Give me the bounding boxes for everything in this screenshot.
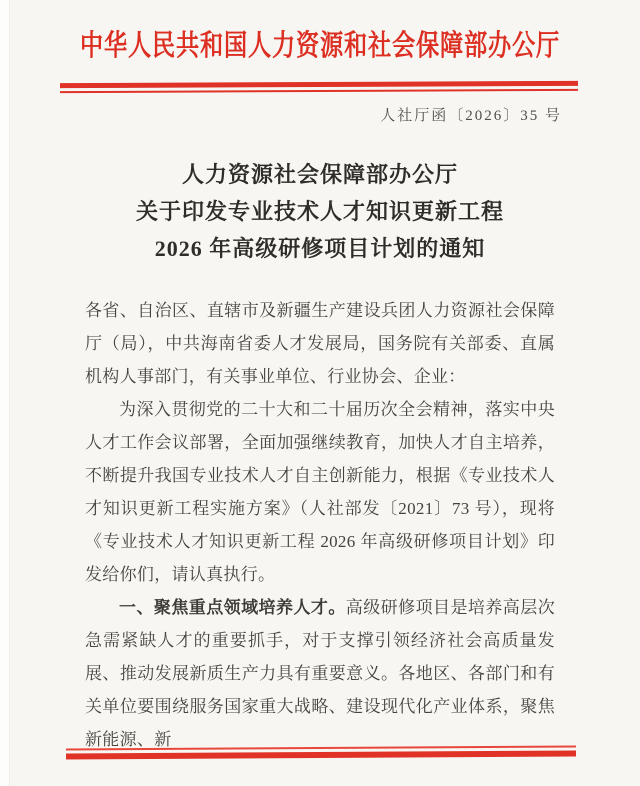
addressee-paragraph: 各省、自治区、直辖市及新疆生产建设兵团人力资源社会保障厅（局），中共海南省委人才… [85,294,555,393]
section-heading-bold: 一、聚焦重点领域培养人才。 [119,598,346,617]
notice-body: 各省、自治区、直辖市及新疆生产建设兵团人力资源社会保障厅（局），中共海南省委人才… [85,294,555,756]
notice-title-line-2: 关于印发专业技术人才知识更新工程 [0,193,640,230]
body-paragraph-1: 为深入贯彻党的二十大和二十届历次全会精神，落实中央人才工作会议部署，全面加强继续… [85,393,555,591]
notice-document-page: 中华人民共和国人力资源和社会保障部办公厅 人社厅函〔2026〕35 号 人力资源… [0,0,640,786]
notice-title: 人力资源社会保障部办公厅 关于印发专业技术人才知识更新工程 2026 年高级研修… [0,156,640,267]
letterhead-divider [60,81,578,93]
body-paragraph-2: 一、聚焦重点领域培养人才。高级研修项目是培养高层次急需紧缺人才的重要抓手，对于支… [85,591,555,756]
notice-title-line-3: 2026 年高级研修项目计划的通知 [0,230,640,267]
letterhead-agency-text: 中华人民共和国人力资源和社会保障部办公厅 [80,26,560,66]
footer-divider [66,745,576,759]
notice-title-line-1: 人力资源社会保障部办公厅 [0,156,640,193]
document-number: 人社厅函〔2026〕35 号 [380,105,562,127]
letterhead-title: 中华人民共和国人力资源和社会保障部办公厅 [0,26,640,66]
body-paragraph-2-text: 高级研修项目是培养高层次急需紧缺人才的重要抓手，对于支撑引领经济社会高质量发展、… [85,598,555,749]
